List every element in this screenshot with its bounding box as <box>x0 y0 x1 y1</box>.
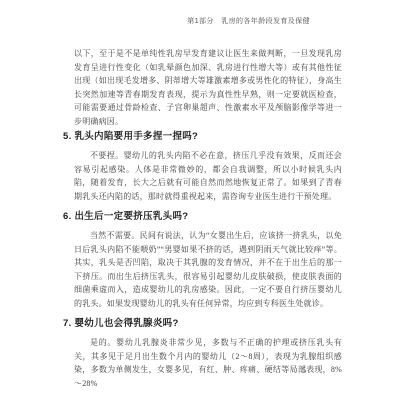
question-heading-6: 6. 出生后一定要挤压乳头吗? <box>63 211 342 223</box>
answer-paragraph-7: 是的。婴幼儿乳腺炎非常少见，多数与不正确的护理或挤压乳头有关，其多见于足月出生数… <box>74 336 342 390</box>
question-heading-7: 7. 婴幼儿也会得乳腺炎吗? <box>63 318 342 330</box>
question-heading-5: 5. 乳头内陷要用手多捏一捏吗? <box>63 131 342 143</box>
book-page: 第1部分 乳房的各年龄段发育及保健 以下，至于是不是单纯性乳房早发育建议让医生来… <box>0 0 400 400</box>
page-content: 以下，至于是不是单纯性乳房早发育建议让医生来做判断，一旦发现乳房发育呈进行性变化… <box>63 47 342 390</box>
answer-paragraph-5: 不要捏。婴幼儿的乳头内陷不必在意，挤压几乎没有效果，反而还会容易引起感染。人体是… <box>74 149 342 203</box>
intro-paragraph: 以下，至于是不是单纯性乳房早发育建议让医生来做判断，一旦发现乳房发育呈进行性变化… <box>74 47 342 128</box>
page-number: 5 <box>302 366 306 375</box>
answer-paragraph-6: 当然不需要。民间有说法，认为“女婴出生后，应该挤一挤乳头，以免日后乳头内陷不能喂… <box>74 229 342 310</box>
running-header: 第1部分 乳房的各年龄段发育及保健 <box>187 17 310 26</box>
